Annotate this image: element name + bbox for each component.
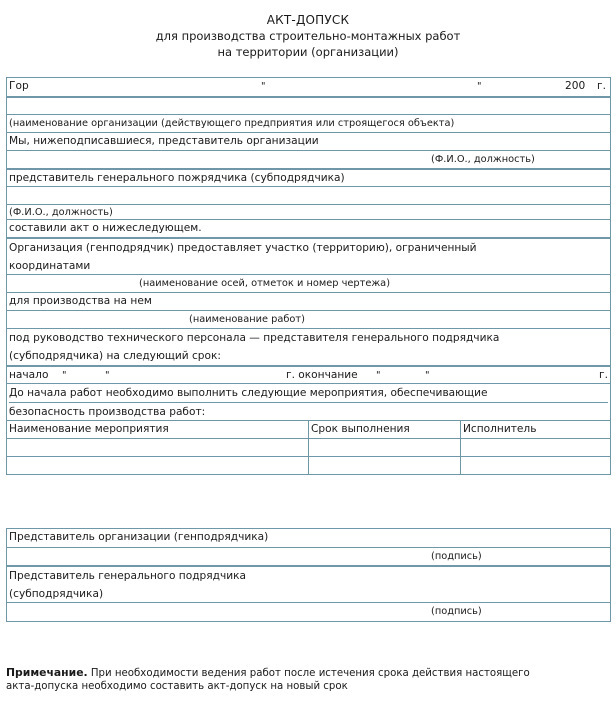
document-title: АКТ-ДОПУСК [0, 12, 616, 28]
year-prefix: 200 [565, 78, 585, 95]
note-text-line2: акта-допуска необходимо составить акт-до… [6, 680, 606, 693]
signature-hint-1: (подпись) [431, 548, 482, 565]
contractor-rep-row: Представитель генерального подрядчика (с… [7, 565, 610, 602]
document-subtitle-2: на территории (организации) [0, 44, 616, 60]
org-name-field[interactable] [7, 96, 610, 114]
header-deadline: Срок выполнения [309, 421, 461, 438]
contractor-fio-field[interactable] [7, 186, 610, 204]
deadline-cell[interactable] [309, 439, 461, 456]
undersigned-row: Мы, нижеподписавшиеся, представитель орг… [7, 132, 610, 150]
executor-cell[interactable] [461, 457, 610, 474]
org-rep-fio-field[interactable]: (Ф.И.О., должность) [7, 150, 610, 168]
signatures-table: Представитель организации (генподрядчика… [6, 528, 611, 622]
for-works-row[interactable]: для производства на нем [7, 292, 610, 310]
supervision-row: под руководство технического персонала —… [7, 328, 610, 365]
deadline-cell[interactable] [309, 457, 461, 474]
period-row[interactable]: начало " " г. окончание " " г. [7, 365, 610, 383]
signature-hint-2: (подпись) [431, 603, 482, 620]
start-label: начало [9, 369, 48, 381]
general-contractor-row: представитель генерального пожрядчика (с… [7, 168, 610, 186]
end-suffix: г. [599, 367, 608, 384]
year-suffix: г. [597, 78, 606, 95]
end-label: г. окончание [286, 367, 358, 384]
measure-name-cell[interactable] [7, 439, 309, 456]
axes-hint-row: (наименование осей, отметок и номер черт… [7, 274, 610, 292]
city-label: Гор [9, 80, 29, 92]
works-hint-row: (наименование работ) [7, 310, 610, 328]
contractor-rep-signature-field[interactable]: (подпись) [7, 602, 610, 621]
org-rep-row: Представитель организации (генподрядчика… [7, 529, 610, 547]
fio-hint-2-row: (Ф.И.О., должность) [7, 204, 610, 219]
compiled-act-row: составили акт о нижеследующем. [7, 219, 610, 237]
document-header: АКТ-ДОПУСК для производства строительно-… [0, 12, 616, 60]
act-form-table: Гор " " 200 г. (наименование организации… [6, 77, 611, 475]
note: Примечание. При необходимости ведения ра… [6, 666, 606, 693]
measures-intro-row: До начала работ необходимо выполнить сле… [7, 383, 610, 420]
document-subtitle-1: для производства строительно-монтажных р… [0, 28, 616, 44]
measure-name-cell[interactable] [7, 457, 309, 474]
fio-hint-1: (Ф.И.О., должность) [431, 151, 535, 168]
header-measure-name: Наименование мероприятия [7, 421, 309, 438]
table-row[interactable] [7, 438, 610, 456]
executor-cell[interactable] [461, 439, 610, 456]
note-text: При необходимости ведения работ после ис… [88, 668, 530, 679]
organization-provides-row[interactable]: Организация (генподрядчик) предоставляет… [7, 237, 610, 274]
header-executor: Исполнитель [461, 421, 610, 438]
measures-table-header: Наименование мероприятия Срок выполнения… [7, 420, 610, 438]
org-name-hint: (наименование организации (действующего … [7, 114, 610, 132]
note-label: Примечание. [6, 666, 88, 679]
date-quote-open: " [261, 78, 266, 95]
date-quote-close: " [477, 78, 482, 95]
org-rep-signature-field[interactable]: (подпись) [7, 547, 610, 565]
table-row[interactable] [7, 456, 610, 474]
city-date-row[interactable]: Гор " " 200 г. [7, 78, 610, 96]
